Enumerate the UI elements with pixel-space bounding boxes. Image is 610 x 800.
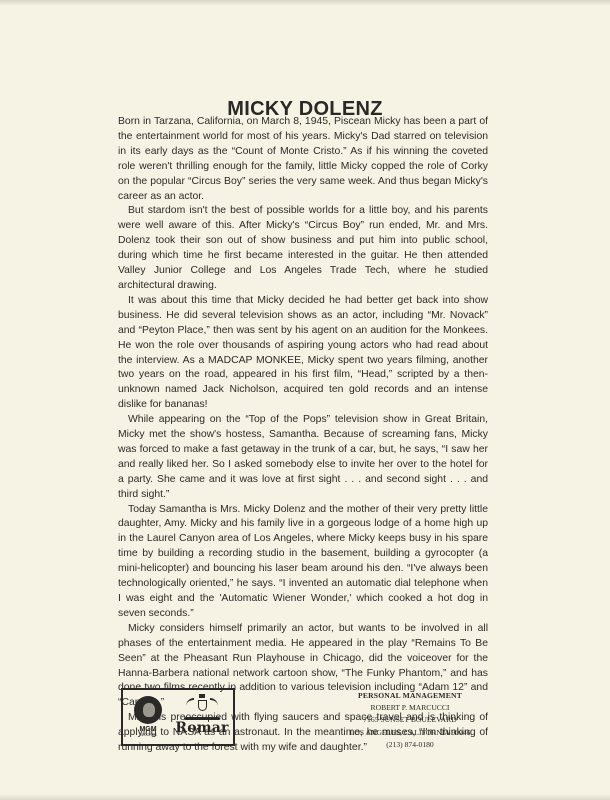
contact-address-line1: 7165 SUNSET BOULEVARD <box>340 714 480 726</box>
paragraph: It was about this time that Micky decide… <box>118 294 488 413</box>
romar-label: Romar <box>173 721 231 735</box>
label-logos-box: MGM RECORDS Romar <box>121 688 235 746</box>
contact-name: ROBERT P. MARCUCCI <box>340 702 480 714</box>
contact-phone: (213) 874-0180 <box>340 739 480 751</box>
contact-heading: PERSONAL MANAGEMENT <box>340 690 480 702</box>
mgm-label: MGM <box>133 726 163 733</box>
paragraph: While appearing on the “Top of the Pops”… <box>118 413 488 502</box>
paragraph: Today Samantha is Mrs. Micky Dolenz and … <box>118 503 488 622</box>
page-edge-bottom <box>0 794 610 800</box>
contact-address-line2: LOS ANGELES, CALIFORNIA 90046 <box>340 727 480 739</box>
paragraph: Born in Tarzana, California, on March 8,… <box>118 115 488 204</box>
biography-text: Born in Tarzana, California, on March 8,… <box>118 115 488 756</box>
romar-logo: Romar <box>173 694 231 735</box>
lion-logo-icon <box>134 696 162 724</box>
mgm-sub-label: RECORDS <box>133 733 163 737</box>
crest-icon <box>191 694 213 716</box>
paragraph: But stardom isn't the best of possible w… <box>118 204 488 293</box>
page-edge-top <box>0 0 610 6</box>
management-contact: PERSONAL MANAGEMENT ROBERT P. MARCUCCI 7… <box>340 690 480 751</box>
mgm-records-logo: MGM RECORDS <box>133 696 163 737</box>
